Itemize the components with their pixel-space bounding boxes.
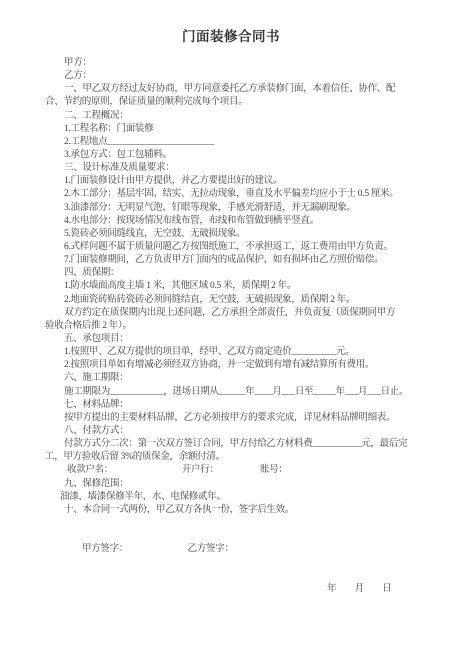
section-8-heading: 八、付款方式：: [45, 425, 445, 438]
schedule-line: 施工期限为____________，进场日期从______年____月___日至…: [45, 386, 445, 399]
date-line: 年 月 日: [45, 583, 445, 596]
payment-line: 工，甲方验收后留 3%的质保金，余额付清。: [45, 451, 445, 464]
guarantee-line: 油漆、墙漆保修半年，水、电保修贰年。: [45, 491, 445, 504]
spacer: [45, 556, 445, 569]
quality-item-line: 5.瓷砖必须间缝线直，无空鼓、无破损现象。: [45, 228, 445, 241]
warranty-item-line: 1.防水墙面高度主墙 1 米，其他区域 0.5 米，质保期 2 年。: [45, 280, 445, 293]
warranty-item-line: 双方约定在质保期内出现上述问题，乙方承担全部责任，并负责复（质保期同甲方: [45, 307, 445, 320]
section-10-line: 十、本合同一式两份，甲乙双方各执一份，签字后生效。: [45, 504, 445, 517]
quality-item-line: 7.门面装修期间，乙方负责甲方门面内的成品保护，如有损坏由乙方照价赔偿。: [45, 254, 445, 267]
quality-item-line: 2.木工部分：基层牢固、结实、无拉动现象，垂直及水平偏差均应小于士 0.5 厘米…: [45, 188, 445, 201]
signature-line: 甲方签字： 乙方签字：: [45, 543, 445, 556]
project-name-line: 1.工程名称：门面装修: [45, 123, 445, 136]
section-3-heading: 三、设计标准及质量要求：: [45, 162, 445, 175]
bank-account-line: 收款户名： 开户行： 账号：: [45, 464, 445, 477]
party-a-line: 甲方：: [45, 57, 445, 70]
section-9-heading: 九、保修范围：: [45, 478, 445, 491]
payment-line: 付款方式分二次：第一次双方签订合同，甲方付给乙方材料费___________元，…: [45, 438, 445, 451]
price-line: 2.按照项目单如有增减必须经双方协商，并一定做到有增有减结算所有费用。: [45, 359, 445, 372]
section-5-heading: 五、承包项目：: [45, 333, 445, 346]
material-line: 按甲方提出的主要材料品牌，乙方必须按甲方的要求完成，详见材料品牌明细表。: [45, 412, 445, 425]
quality-item-line: 3.油漆部分：无明显气泡、钉眼等现象，手感光滑舒适，并无漏刷现象。: [45, 202, 445, 215]
price-line: 1.按照甲、乙双方提供的项目单，经甲、乙双方商定造价__________元。: [45, 346, 445, 359]
warranty-item-line: 2.地面瓷砖贴砖瓷砖必须间缝结直，无空鼓，无破损现象，质保期 2 年。: [45, 294, 445, 307]
section-6-heading: 六、施工期限：: [45, 372, 445, 385]
contract-title: 门面装修合同书: [45, 28, 417, 45]
clause-1-line: 合、节约的原则，保证质量的顺利完成每个项目。: [45, 96, 445, 109]
spacer: [45, 569, 445, 582]
project-address-line: 2.工程地点________________________: [45, 136, 445, 149]
contract-page: 门面装修合同书 甲方：乙方：一、甲乙双方经过友好协商，甲方同意委托乙方承装修门面…: [0, 0, 463, 655]
quality-item-line: 6.式样问题不属于质量问题乙方按图纸施工，不承担返工，返工费用由甲方负责。: [45, 241, 445, 254]
quality-item-line: 1.门面装修设计由甲方提供，并乙方要提出好的建议。: [45, 175, 445, 188]
party-b-line: 乙方：: [45, 70, 445, 83]
contract-mode-line: 3.承包方式：包工包辅料。: [45, 149, 445, 162]
contract-body: 甲方：乙方：一、甲乙双方经过友好协商，甲方同意委托乙方承装修门面，本着信任、协作…: [45, 57, 445, 596]
clause-1-line: 一、甲乙双方经过友好协商，甲方同意委托乙方承装修门面，本着信任、协作、配: [45, 83, 445, 96]
section-2-heading: 二、工程概况：: [45, 110, 445, 123]
spacer: [45, 530, 445, 543]
section-4-heading: 四、质保期：: [45, 267, 445, 280]
warranty-item-line: 验收合格后推 2 年）。: [45, 320, 445, 333]
section-7-heading: 七、材料品牌：: [45, 399, 445, 412]
quality-item-line: 4.水电部分：按现场情况布线布管，布线和布管做到横平竖直。: [45, 215, 445, 228]
spacer: [45, 517, 445, 530]
